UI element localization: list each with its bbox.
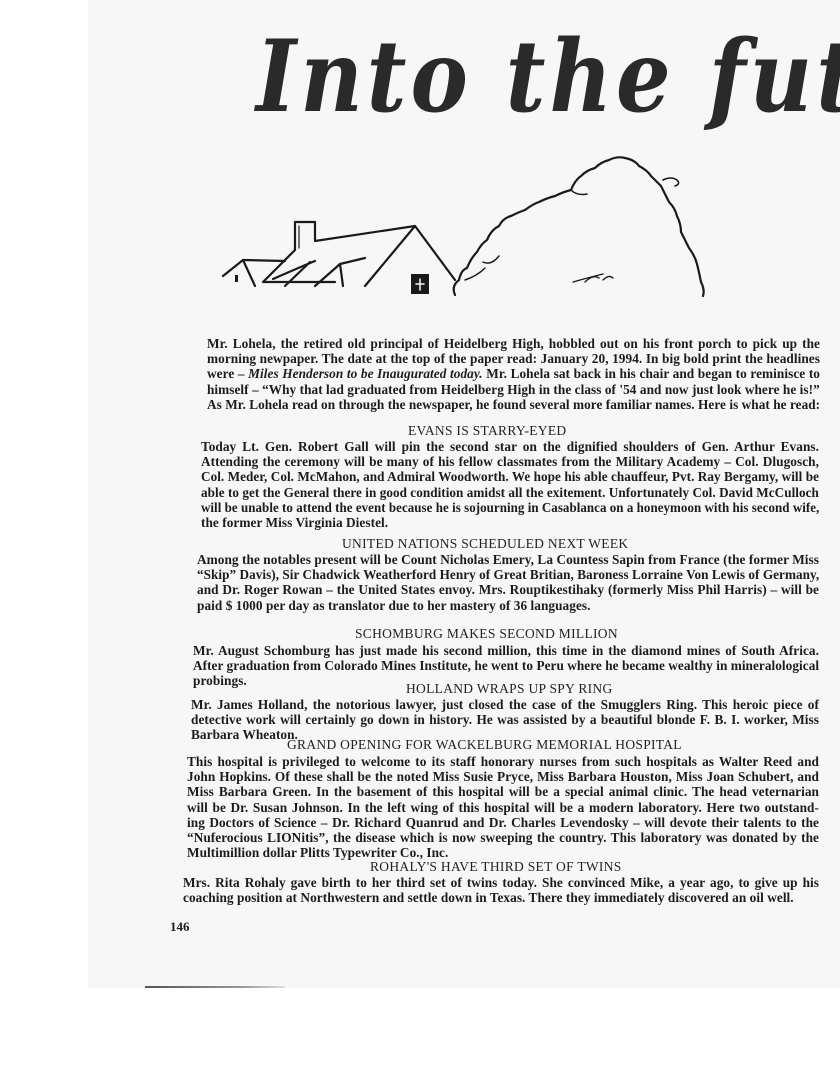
headline-italic: Miles Henderson to be Inaugurated today.: [248, 366, 483, 381]
article-line: Among the notables present will be Count…: [197, 552, 819, 567]
article-line: paid $ 1000 per day as translator due to…: [197, 598, 819, 613]
article-line: Mr. August Schomburg has just made his s…: [193, 643, 819, 658]
article-line: and Dr. Roger Rowan – the United States …: [197, 582, 819, 597]
page-title: Into the future-: [256, 28, 840, 127]
intro-line: were – Miles Henderson to be Inaugurated…: [207, 366, 820, 381]
article-line: This hospital is privileged to welcome t…: [187, 754, 819, 769]
intro-line: morning newpaper. The date at the top of…: [207, 351, 820, 366]
article-heading: ROHALY'S HAVE THIRD SET OF TWINS: [370, 859, 622, 875]
article-line: Miss Barbara Green. In the basement of t…: [187, 784, 819, 799]
article-body: Mrs. Rita Rohaly gave birth to her third…: [183, 875, 819, 905]
article-line: Today Lt. Gen. Robert Gall will pin the …: [201, 439, 819, 454]
article-line: detective work will certainly go down in…: [191, 712, 819, 727]
article-line: able to get the General there in good co…: [201, 485, 819, 500]
article-line: John Hopkins. Of these shall be the note…: [187, 769, 819, 784]
article-line: will be unable to attend the event becau…: [201, 500, 819, 515]
bottom-rule: [145, 986, 285, 988]
article-heading: HOLLAND WRAPS UP SPY RING: [406, 681, 613, 697]
article-line: “Nuferocious LIONitis”, the disease whic…: [187, 830, 819, 845]
page-number: 146: [170, 919, 190, 935]
article-heading: UNITED NATIONS SCHEDULED NEXT WEEK: [342, 536, 628, 552]
article-line: Col. Meder, Col. McMahon, and Admiral Wo…: [201, 469, 819, 484]
article-heading: GRAND OPENING FOR WACKELBURG MEMORIAL HO…: [287, 737, 682, 753]
article-line: Mrs. Rita Rohaly gave birth to her third…: [183, 875, 819, 890]
house-and-tree-illustration: [215, 150, 825, 320]
article-body: Today Lt. Gen. Robert Gall will pin the …: [201, 439, 819, 530]
article-body: This hospital is privileged to welcome t…: [187, 754, 819, 860]
article-body: Mr. James Holland, the notorious lawyer,…: [191, 697, 819, 743]
article-line: Attending the ceremony will be many of h…: [201, 454, 819, 469]
intro-line: himself – “Why that lad graduated from H…: [207, 382, 820, 397]
article-line: After graduation from Colorado Mines Ins…: [193, 658, 819, 673]
article-line: the former Miss Virginia Diestel.: [201, 515, 819, 530]
article-heading: SCHOMBURG MAKES SECOND MILLION: [355, 626, 618, 642]
article-line: ing Doctors of Science – Dr. Richard Qua…: [187, 815, 819, 830]
article-line: Mr. James Holland, the notorious lawyer,…: [191, 697, 819, 712]
intro-line: As Mr. Lohela read on through the newspa…: [207, 397, 820, 412]
intro-line: Mr. Lohela, the retired old principal of…: [207, 336, 820, 351]
article-line: coaching position at Northwestern and se…: [183, 890, 819, 905]
article-line: will be Dr. Susan Johnson. In the left w…: [187, 800, 819, 815]
article-body: Among the notables present will be Count…: [197, 552, 819, 613]
article-line: “Skip” Davis), Sir Chadwick Weatherford …: [197, 567, 819, 582]
article-heading: EVANS IS STARRY-EYED: [408, 423, 566, 439]
